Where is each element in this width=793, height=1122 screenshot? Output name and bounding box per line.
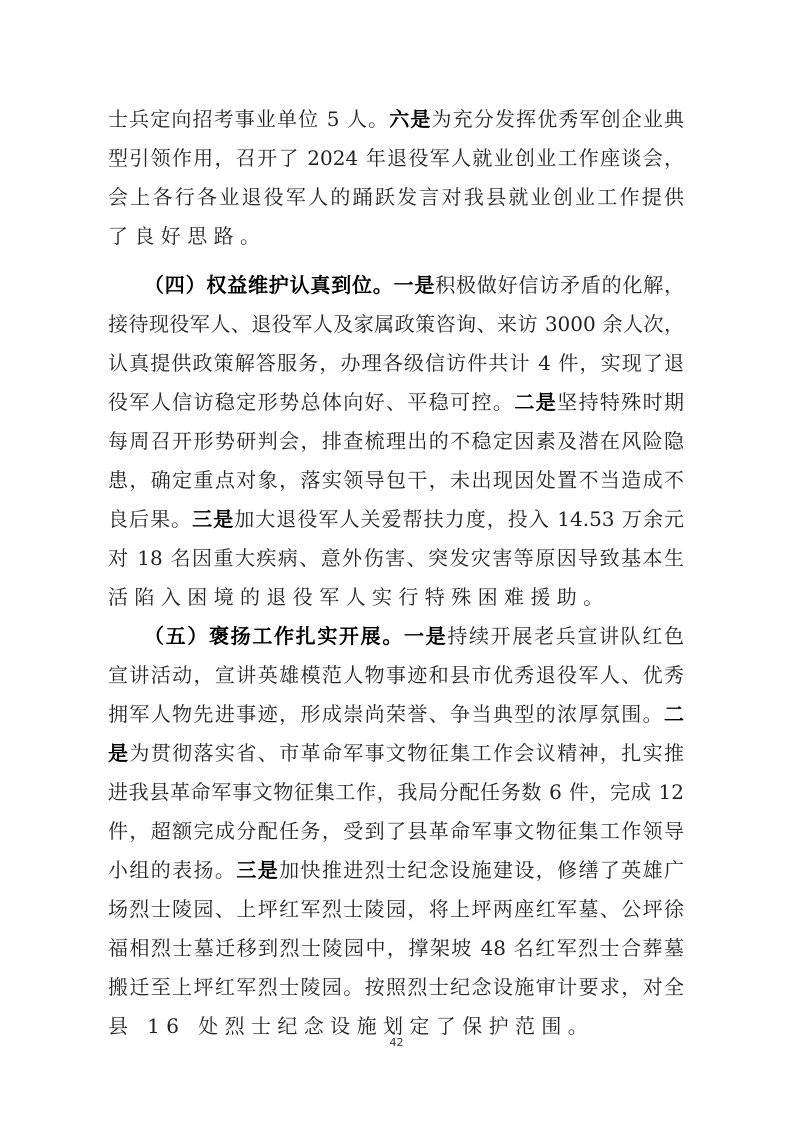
text-run: 每周召开形势研判会，排查梳理出的不稳定因素及潜在风险隐	[108, 429, 684, 453]
text-line: 活陷入困境的退役军人实行特殊困难援助。	[108, 578, 684, 617]
bold-run: （五）褒扬工作扎实开展。	[144, 624, 404, 648]
text-line: 每周召开形势研判会，排查梳理出的不稳定因素及潜在风险隐	[108, 422, 684, 461]
text-run: 进我县革命军事文物征集工作，我局分配任务数 6 件，完成 12	[108, 780, 684, 804]
document-page: 士兵定向招考事业单位 5 人。六是为充分发挥优秀军创企业典型引领作用，召开了 2…	[0, 0, 793, 1122]
text-line: （五）褒扬工作扎实开展。一是持续开展老兵宣讲队红色	[108, 617, 684, 656]
text-run: 活陷入困境的退役军人实行特殊困难援助。	[108, 585, 610, 609]
paragraph-continued: 士兵定向招考事业单位 5 人。六是为充分发挥优秀军创企业典型引领作用，召开了 2…	[108, 100, 684, 256]
text-line: 患，确定重点对象，落实领导包干，未出现因处置不当造成不	[108, 461, 684, 500]
text-line: 了良好思路。	[108, 217, 684, 256]
text-line: 拥军人物先进事迹，形成崇尚荣誉、争当典型的浓厚氛围。二	[108, 695, 684, 734]
text-run: 宣讲活动，宣讲英雄模范人物事迹和县市优秀退役军人、优秀	[108, 663, 684, 687]
text-run: 加大退役军人关爱帮扶力度，投入 14.53 万余元	[234, 507, 684, 531]
text-run: 持续开展老兵宣讲队红色	[447, 624, 684, 648]
text-run: 件，超额完成分配任务，受到了县革命军事文物征集工作领导	[108, 819, 684, 843]
text-run: 积极做好信访矛盾的化解，	[435, 273, 684, 297]
text-run: 役军人信访稳定形势总体向好、平稳可控。	[108, 390, 514, 414]
text-run: 患，确定重点对象，落实领导包干，未出现因处置不当造成不	[108, 468, 684, 492]
text-run: 为充分发挥优秀军创企业典	[432, 107, 684, 131]
bold-run: 一是	[394, 273, 436, 297]
text-line: 场烈士陵园、上坪红军烈士陵园，将上坪两座红军墓、公坪徐	[108, 890, 684, 929]
text-run: 搬迁至上坪红军烈士陵园。按照烈士纪念设施审计要求，对全	[108, 975, 684, 999]
text-line: 士兵定向招考事业单位 5 人。六是为充分发挥优秀军创企业典	[108, 100, 684, 139]
text-run: 认真提供政策解答服务，办理各级信访件共计 4 件，实现了退	[108, 351, 684, 375]
text-run: 福相烈士墓迁移到烈士陵园中，撑架坡 48 名红军烈士合葬墓	[108, 936, 684, 960]
document-body: 士兵定向招考事业单位 5 人。六是为充分发挥优秀军创企业典型引领作用，召开了 2…	[108, 100, 684, 1046]
bold-run: （四）权益维护认真到位。	[144, 273, 394, 297]
text-line: 宣讲活动，宣讲英雄模范人物事迹和县市优秀退役军人、优秀	[108, 656, 684, 695]
bold-run: 是	[108, 741, 129, 765]
page-number: 42	[0, 1036, 793, 1049]
text-run: 了良好思路。	[108, 224, 266, 248]
text-line: 进我县革命军事文物征集工作，我局分配任务数 6 件，完成 12	[108, 773, 684, 812]
text-line: 搬迁至上坪红军烈士陵园。按照烈士纪念设施审计要求，对全	[108, 968, 684, 1007]
text-line: 会上各行各业退役军人的踊跃发言对我县就业创业工作提供	[108, 178, 684, 217]
bold-run: 二是	[514, 390, 557, 414]
paragraph-section-4: （四）权益维护认真到位。一是积极做好信访矛盾的化解，接待现役军人、退役军人及家属…	[108, 266, 684, 617]
bold-run: 六是	[389, 107, 431, 131]
text-line: 件，超额完成分配任务，受到了县革命军事文物征集工作领导	[108, 812, 684, 851]
bold-run: 三是	[192, 507, 234, 531]
text-line: 福相烈士墓迁移到烈士陵园中，撑架坡 48 名红军烈士合葬墓	[108, 929, 684, 968]
paragraph-section-5: （五）褒扬工作扎实开展。一是持续开展老兵宣讲队红色宣讲活动，宣讲英雄模范人物事迹…	[108, 617, 684, 1046]
text-line: 接待现役军人、退役军人及家属政策咨询、来访 3000 余人次，	[108, 305, 684, 344]
text-run: 为贯彻落实省、市革命军事文物征集工作会议精神，扎实推	[129, 741, 684, 765]
text-run: 拥军人物先进事迹，形成崇尚荣誉、争当典型的浓厚氛围。	[108, 702, 664, 726]
text-run: 士兵定向招考事业单位 5 人。	[108, 107, 389, 131]
text-line: 认真提供政策解答服务，办理各级信访件共计 4 件，实现了退	[108, 344, 684, 383]
text-run: 对 18 名因重大疾病、意外伤害、突发灾害等原因导致基本生	[108, 546, 684, 570]
bold-run: 二	[664, 702, 684, 726]
bold-run: 一是	[404, 624, 447, 648]
text-run: 会上各行各业退役军人的踊跃发言对我县就业创业工作提供	[108, 185, 684, 209]
bold-run: 三是	[236, 858, 279, 882]
text-run: 小组的表扬。	[108, 858, 236, 882]
text-run: 坚持特殊时期	[557, 390, 684, 414]
text-line: 是为贯彻落实省、市革命军事文物征集工作会议精神，扎实推	[108, 734, 684, 773]
text-run: 良后果。	[108, 507, 192, 531]
text-line: （四）权益维护认真到位。一是积极做好信访矛盾的化解，	[108, 266, 684, 305]
text-line: 役军人信访稳定形势总体向好、平稳可控。二是坚持特殊时期	[108, 383, 684, 422]
text-run: 接待现役军人、退役军人及家属政策咨询、来访 3000 余人次，	[108, 312, 684, 336]
text-run: 加快推进烈士纪念设施建设，修缮了英雄广	[279, 858, 684, 882]
paragraph-spacer	[108, 256, 684, 266]
text-line: 型引领作用，召开了 2024 年退役军人就业创业工作座谈会，	[108, 139, 684, 178]
text-run: 场烈士陵园、上坪红军烈士陵园，将上坪两座红军墓、公坪徐	[108, 897, 684, 921]
text-run: 县 16 处烈士纪念设施划定了保护范围。	[108, 1014, 594, 1038]
text-run: 型引领作用，召开了 2024 年退役军人就业创业工作座谈会，	[108, 146, 684, 170]
text-line: 对 18 名因重大疾病、意外伤害、突发灾害等原因导致基本生	[108, 539, 684, 578]
text-line: 小组的表扬。三是加快推进烈士纪念设施建设，修缮了英雄广	[108, 851, 684, 890]
text-line: 良后果。三是加大退役军人关爱帮扶力度，投入 14.53 万余元	[108, 500, 684, 539]
